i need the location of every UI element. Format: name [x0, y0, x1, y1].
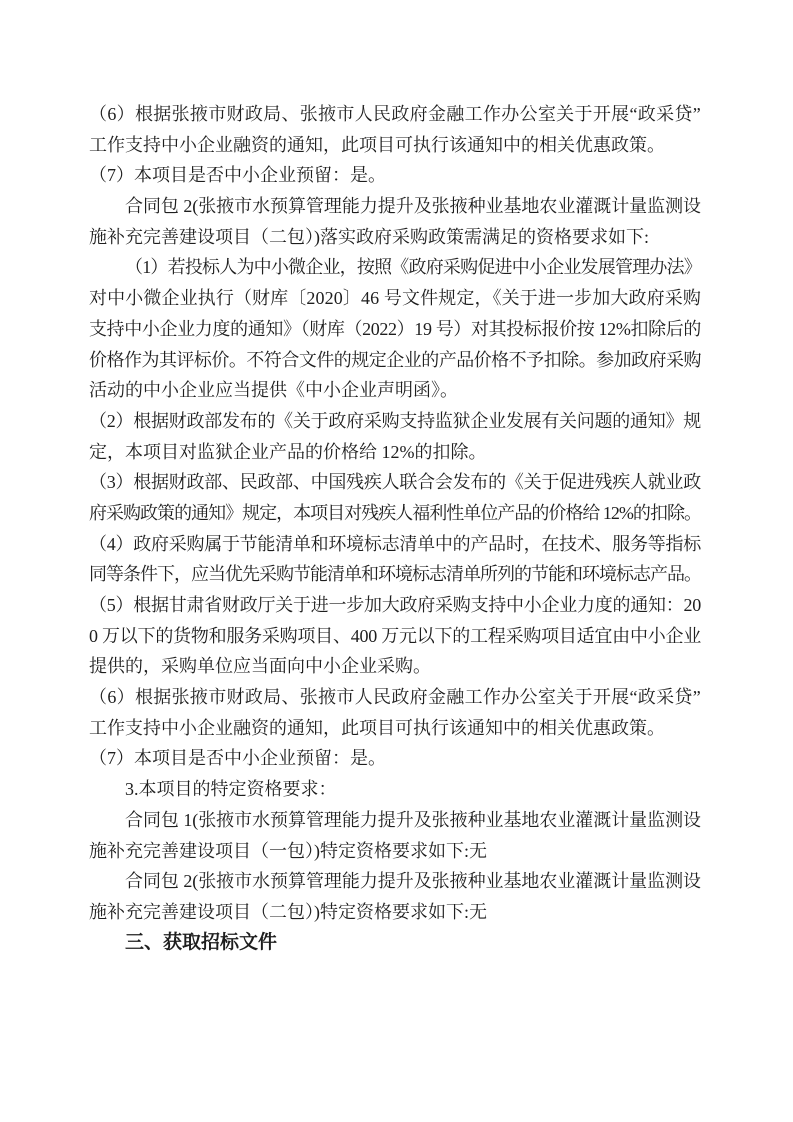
text-line: （7）本项目是否中小企业预留：是。 — [89, 743, 701, 774]
document-body: （6）根据张掖市财政局、张掖市人民政府金融工作办公室关于开展“政采贷”工作支持中… — [89, 99, 701, 958]
text-line: 工作支持中小企业融资的通知，此项目可执行该通知中的相关优惠政策。 — [89, 713, 701, 744]
text-line: （1）若投标人为中小微企业，按照《政府采购促进中小企业发展管理办法》 — [89, 252, 701, 283]
text-line: 支持中小企业力度的通知》（财库（2022）19 号）对其投标报价按 12%扣除后… — [89, 314, 701, 345]
page: （6）根据张掖市财政局、张掖市人民政府金融工作办公室关于开展“政采贷”工作支持中… — [0, 0, 793, 1122]
section-heading: 三、获取招标文件 — [89, 928, 701, 959]
text-line: 定，本项目对监狱企业产品的价格给 12%的扣除。 — [89, 437, 701, 468]
text-line: 提供的，采购单位应当面向中小企业采购。 — [89, 651, 701, 682]
text-line: 工作支持中小企业融资的通知，此项目可执行该通知中的相关优惠政策。 — [89, 130, 701, 161]
text-line: 活动的中小企业应当提供《中小企业声明函》。 — [89, 375, 701, 406]
text-line: 0 万以下的货物和服务采购项目、400 万元以下的工程采购项目适宜由中小企业 — [89, 621, 701, 652]
text-line: 合同包 2(张掖市水预算管理能力提升及张掖种业基地农业灌溉计量监测设 — [89, 191, 701, 222]
text-line: （3）根据财政部、民政部、中国残疾人联合会发布的《关于促进残疾人就业政 — [89, 467, 701, 498]
text-line: （6）根据张掖市财政局、张掖市人民政府金融工作办公室关于开展“政采贷” — [89, 99, 701, 130]
text-line: 合同包 2(张掖市水预算管理能力提升及张掖种业基地农业灌溉计量监测设 — [89, 866, 701, 897]
text-line: （2）根据财政部发布的《关于政府采购支持监狱企业发展有关问题的通知》规 — [89, 406, 701, 437]
text-line: 施补充完善建设项目（二包）)特定资格要求如下:无 — [89, 897, 701, 928]
text-line: 同等条件下，应当优先采购节能清单和环境标志清单所列的节能和环境标志产品。 — [89, 559, 701, 590]
text-line: 府采购政策的通知》规定，本项目对残疾人福利性单位产品的价格给 12%的扣除。 — [89, 498, 701, 529]
text-line: 3.本项目的特定资格要求： — [89, 774, 701, 805]
text-line: （6）根据张掖市财政局、张掖市人民政府金融工作办公室关于开展“政采贷” — [89, 682, 701, 713]
text-line: 合同包 1(张掖市水预算管理能力提升及张掖种业基地农业灌溉计量监测设 — [89, 805, 701, 836]
text-line: 施补充完善建设项目（二包）)落实政府采购政策需满足的资格要求如下: — [89, 222, 701, 253]
text-line: 施补充完善建设项目（一包）)特定资格要求如下:无 — [89, 836, 701, 867]
text-line: 价格作为其评标价。不符合文件的规定企业的产品价格不予扣除。参加政府采购 — [89, 345, 701, 376]
text-line: （7）本项目是否中小企业预留：是。 — [89, 160, 701, 191]
text-line: （5）根据甘肃省财政厅关于进一步加大政府采购支持中小企业力度的通知：20 — [89, 590, 701, 621]
text-line: （4）政府采购属于节能清单和环境标志清单中的产品时，在技术、服务等指标 — [89, 529, 701, 560]
text-line: 对中小微企业执行（财库〔2020〕46 号文件规定，《关于进一步加大政府采购 — [89, 283, 701, 314]
